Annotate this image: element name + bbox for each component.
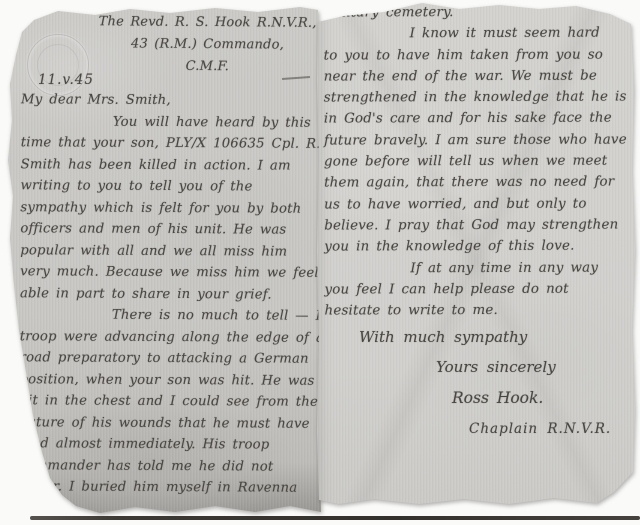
handwritten-line: If at any time in any way bbox=[324, 257, 636, 279]
handwritten-line: future bravely. I am sure those who have bbox=[324, 129, 636, 151]
left-page-body: My dear Mrs. Smith,You will have heard b… bbox=[19, 89, 326, 499]
letter-page-left: ( The Revd. R. S. Hook R.N.V.R.,43 (R.M.… bbox=[0, 0, 330, 525]
handwritten-line: Smith has been killed in action. I am bbox=[21, 154, 326, 177]
closing-sympathy: With much sympathy bbox=[359, 328, 527, 346]
scan-bottom-edge-line bbox=[30, 516, 640, 520]
handwritten-line: troop were advancing along the edge of a bbox=[20, 326, 325, 349]
handwritten-line: There is no much to tell — His bbox=[20, 304, 325, 327]
handwritten-line: Military cemetery. bbox=[323, 1, 635, 23]
closing-sincerely: Yours sincerely bbox=[436, 358, 556, 376]
sender-address-line: C.M.F. bbox=[90, 55, 325, 79]
handwritten-line: you feel I can help please do not bbox=[324, 278, 636, 300]
letter-date: 11.v.45 bbox=[38, 72, 94, 88]
handwritten-line: hit in the chest and I could see from th… bbox=[19, 390, 324, 413]
handwritten-line: very much. Because we miss him we feel bbox=[20, 261, 325, 284]
right-page-wrap: = Military cemetery.I know it must seem … bbox=[314, 0, 640, 525]
handwritten-line: commander has told me he did not bbox=[19, 455, 324, 478]
handwritten-line: nature of his wounds that he must have bbox=[19, 412, 324, 435]
handwritten-line: able in part to share in your grief. bbox=[20, 283, 325, 306]
pencil-edge-mark: ( bbox=[0, 49, 10, 70]
right-page-body: Military cemetery.I know it must seem ha… bbox=[323, 1, 636, 322]
handwritten-line: road preparatory to attacking a German bbox=[20, 347, 325, 370]
sender-address-line: The Revd. R. S. Hook R.N.V.R., bbox=[90, 11, 325, 35]
letter-scan: ( The Revd. R. S. Hook R.N.V.R.,43 (R.M.… bbox=[0, 0, 640, 525]
handwritten-line: to you to have him taken from you so bbox=[324, 44, 636, 66]
handwritten-line: hesitate to write to me. bbox=[324, 300, 636, 322]
handwritten-line: sympathy which is felt for you by both bbox=[20, 197, 325, 220]
handwritten-line: died almost immediately. His troop bbox=[19, 433, 324, 456]
handwritten-line: My dear Mrs. Smith, bbox=[21, 89, 326, 112]
handwritten-line: near the end of the war. We must be bbox=[324, 65, 636, 87]
handwritten-line: believe. I pray that God may strengthen bbox=[324, 214, 636, 236]
handwritten-line: gone before will tell us when we meet bbox=[324, 151, 636, 173]
left-page-wrap: ( The Revd. R. S. Hook R.N.V.R.,43 (R.M.… bbox=[0, 0, 330, 525]
handwritten-line: position, when your son was hit. He was bbox=[19, 369, 324, 392]
handwritten-line: strengthened in the knowledge that he is bbox=[324, 87, 636, 109]
handwritten-line: suffer. I buried him myself in Ravenna bbox=[19, 476, 324, 499]
handwritten-line: you in the knowledge of this love. bbox=[324, 236, 636, 258]
handwritten-line: writing to you to tell you of the bbox=[21, 175, 326, 198]
handwritten-line: You will have heard by this bbox=[21, 111, 326, 134]
handwritten-line: officers and men of his unit. He was bbox=[20, 218, 325, 241]
handwritten-line: time that your son, PLY/X 106635 Cpl. R.… bbox=[21, 132, 326, 155]
handwritten-line: popular with all and we all miss him bbox=[20, 240, 325, 263]
signature-title: Chaplain R.N.V.R. bbox=[469, 421, 611, 437]
signature-name: Ross Hook. bbox=[452, 389, 543, 407]
handwritten-line: in God's care and for his sake face the bbox=[324, 108, 636, 130]
letter-page-right: = Military cemetery.I know it must seem … bbox=[314, 0, 640, 525]
sender-address: The Revd. R. S. Hook R.N.V.R.,43 (R.M.) … bbox=[90, 11, 325, 79]
handwritten-line: us to have worried, and but only to bbox=[324, 193, 636, 215]
sender-address-line: 43 (R.M.) Commando, bbox=[90, 33, 325, 57]
handwritten-line: I know it must seem hard bbox=[324, 23, 636, 45]
handwritten-line: them again, that there was no need for bbox=[324, 172, 636, 194]
